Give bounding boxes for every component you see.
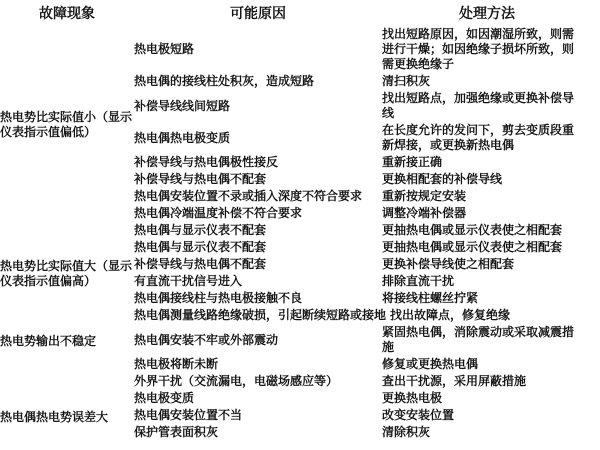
remedy-text: 排除直流干扰 [382,274,582,289]
remedy-text: 紧固热电偶，消除震动或采取减震措施 [382,325,582,355]
table-row: 补偿导线与热电偶不配套更换补偿导线使之相配套 [134,257,600,272]
cause-text: 热电偶与显示仪表不配套 [134,223,382,238]
table-body: 热电势比实际值小（显示仪表指示值偏低）热电极短路找出短路原因，如因潮湿所致，则需… [0,27,600,442]
table-row: 热电极将断未断修复或更换热电偶 [134,357,600,372]
remedy-text: 找出故障点，修复绝缘 [390,308,590,323]
fault-group-rows: 热电偶安装位置不当改变安装位置保护管表面积灰清除积灰 [134,408,600,442]
cause-text: 热电极将断未断 [134,357,382,372]
remedy-text: 清除积灰 [382,425,582,440]
table-header-row: 故障现象 可能原因 处理方法 [0,4,600,22]
header-possible-cause: 可能原因 [134,4,382,22]
table-row: 热电偶与显示仪表不配套更抽热电偶或显示仪表使之相配套 [134,240,600,255]
remedy-text: 更换补偿导线使之相配套 [382,257,582,272]
table-row: 外界干扰（交流漏电，电磁场感应等）查出干扰源，采用屏蔽措施 [134,374,600,389]
fault-group: 热电势比实际值大（显示仪表指示值偏高）热电偶与显示仪表不配套更抽热电偶或显示仪表… [0,223,600,325]
remedy-text: 修复或更换热电偶 [382,357,582,372]
cause-text: 补偿导线与热电偶极性接反 [134,155,382,170]
remedy-text: 重新接正确 [382,155,582,170]
cause-text: 热电偶安装位置不录或插入深度不符合要求 [134,189,382,204]
fault-table-page: 故障现象 可能原因 处理方法 热电势比实际值小（显示仪表指示值偏低）热电极短路找… [0,0,600,450]
table-row: 热电偶安装位置不当改变安装位置 [134,408,600,423]
remedy-text: 找出短路点，加强绝缘或更换补偿导线 [382,91,582,121]
cause-text: 热电偶安装位置不当 [134,408,382,423]
cause-text: 热电偶接线柱与热电极接触不良 [134,291,382,306]
remedy-text: 将接线柱螺丝拧紧 [382,291,582,306]
fault-phenomenon-label: 热电偶热电势误差大 [0,408,134,425]
table-row: 热电偶接线柱与热电极接触不良将接线柱螺丝拧紧 [134,291,600,306]
cause-text: 有直流干扰信号进入 [134,274,382,289]
fault-group: 热电偶热电势误差大热电偶安装位置不当改变安装位置保护管表面积灰清除积灰 [0,408,600,442]
table-row: 热电偶安装不牢或外部震动紧固热电偶，消除震动或采取减震措施 [134,325,600,355]
cause-text: 补偿导线线间短路 [134,99,382,114]
table-row: 热电偶测量线路绝缘破损，引起断续短路或接地找出故障点，修复绝缘 [134,308,600,323]
fault-phenomenon-label: 热电势输出不稳定 [0,325,134,349]
table-row: 补偿导线线间短路找出短路点，加强绝缘或更换补偿导线 [134,91,600,121]
remedy-text: 清扫积灰 [382,74,582,89]
fault-group-rows: 热电偶安装不牢或外部震动紧固热电偶，消除震动或采取减震措施热电极将断未断修复或更… [134,325,600,408]
table-row: 保护管表面积灰清除积灰 [134,425,600,440]
fault-group: 热电势比实际值小（显示仪表指示值偏低）热电极短路找出短路原因，如因潮湿所致，则需… [0,27,600,223]
cause-text: 热电极变质 [134,391,382,406]
fault-phenomenon-label: 热电势比实际值大（显示仪表指示值偏高） [0,259,134,289]
remedy-text: 重新按规定安装 [382,189,582,204]
cause-text: 热电极短路 [134,42,382,57]
remedy-text: 调整冷端补偿器 [382,206,582,221]
fault-phenomenon-label: 热电势比实际值小（显示仪表指示值偏低） [0,110,134,140]
table-row: 热电偶与显示仪表不配套更抽热电偶或显示仪表使之相配套 [134,223,600,238]
remedy-text: 改变安装位置 [382,408,582,423]
remedy-text: 更抽热电偶或显示仪表使之相配套 [382,223,582,238]
table-row: 热电偶安装位置不录或插入深度不符合要求重新按规定安装 [134,189,600,204]
cause-text: 补偿导线与热电偶不配套 [134,172,382,187]
cause-text: 热电偶与显示仪表不配套 [134,240,382,255]
remedy-text: 查出干扰源，采用屏蔽措施 [382,374,582,389]
header-remedy: 处理方法 [382,4,592,22]
remedy-text: 找出短路原因，如因潮湿所致，则需进行干燥；如因绝缘子损坏所致，则需更换绝缘子 [382,27,582,72]
table-row: 补偿导线与热电偶极性接反重新接正确 [134,155,600,170]
cause-text: 热电偶冷端温度补偿不符合要求 [134,206,382,221]
table-row: 热电极变质更换热电极 [134,391,600,406]
cause-text: 补偿导线与热电偶不配套 [134,257,382,272]
table-row: 热电极短路找出短路原因，如因潮湿所致，则需进行干燥；如因绝缘子损坏所致，则需更换… [134,27,600,72]
header-fault-phenomenon: 故障现象 [0,4,134,22]
cause-text: 热电偶的接线柱处积灰，造成短路 [134,74,382,89]
fault-group-rows: 热电极短路找出短路原因，如因潮湿所致，则需进行干燥；如因绝缘子损坏所致，则需更换… [134,27,600,223]
cause-text: 保护管表面积灰 [134,425,382,440]
cause-text: 热电偶热电极变质 [134,131,382,146]
table-row: 热电偶冷端温度补偿不符合要求调整冷端补偿器 [134,206,600,221]
table-row: 有直流干扰信号进入排除直流干扰 [134,274,600,289]
remedy-text: 更换热电极 [382,391,582,406]
cause-text: 热电偶安装不牢或外部震动 [134,333,382,348]
fault-group: 热电势输出不稳定热电偶安装不牢或外部震动紧固热电偶，消除震动或采取减震措施热电极… [0,325,600,408]
remedy-text: 在长度允许的发问下，剪去变质段重新焊接，或更换新热电偶 [382,123,582,153]
table-row: 热电偶的接线柱处积灰，造成短路清扫积灰 [134,74,600,89]
cause-text: 热电偶测量线路绝缘破损，引起断续短路或接地 [134,308,390,323]
remedy-text: 更抽热电偶或显示仪表使之相配套 [382,240,582,255]
fault-group-rows: 热电偶与显示仪表不配套更抽热电偶或显示仪表使之相配套热电偶与显示仪表不配套更抽热… [134,223,600,325]
cause-text: 外界干扰（交流漏电，电磁场感应等） [134,374,382,389]
remedy-text: 更换相配套的补偿导线 [382,172,582,187]
table-row: 热电偶热电极变质在长度允许的发问下，剪去变质段重新焊接，或更换新热电偶 [134,123,600,153]
table-row: 补偿导线与热电偶不配套更换相配套的补偿导线 [134,172,600,187]
